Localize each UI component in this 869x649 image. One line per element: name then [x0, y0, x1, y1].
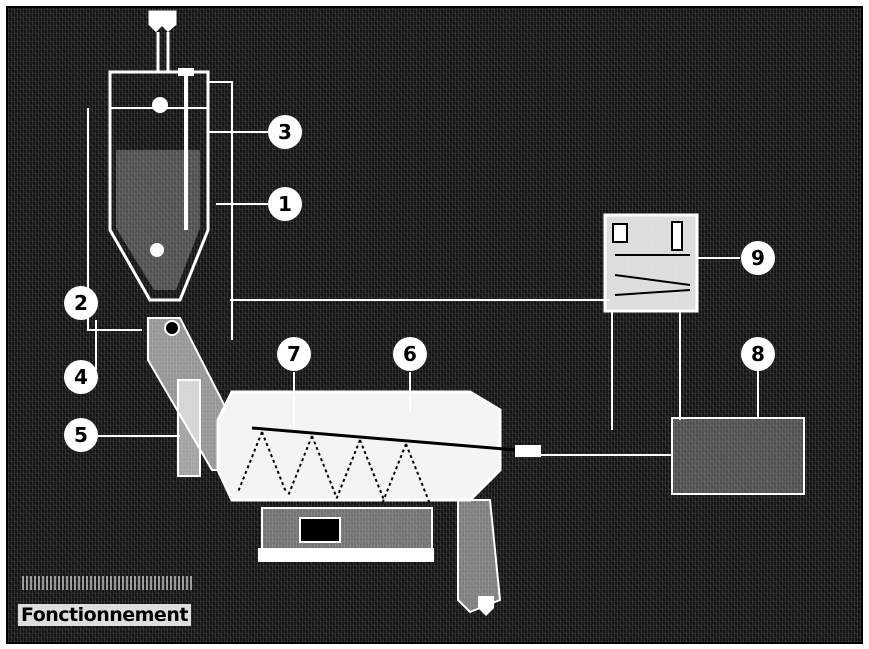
svg-text:6: 6 [403, 342, 417, 366]
callout-1: 1 [268, 187, 302, 221]
svg-text:5: 5 [74, 423, 88, 447]
callout-3: 3 [268, 115, 302, 149]
svg-text:8: 8 [751, 342, 765, 366]
inlet-arrow-icon [150, 12, 175, 30]
callout-8: 8 [741, 337, 775, 371]
callout-4: 4 [64, 360, 98, 394]
conveyor-drive [262, 508, 432, 552]
diagram-caption: Fonctionnement [18, 604, 191, 626]
process-schematic: 3 1 2 4 5 7 6 9 8 [0, 0, 869, 649]
svg-text:9: 9 [751, 246, 765, 270]
svg-text:3: 3 [278, 120, 292, 144]
svg-text:1: 1 [278, 192, 292, 216]
callout-9: 9 [741, 241, 775, 275]
discharge-tube [178, 380, 200, 476]
callout-6: 6 [393, 337, 427, 371]
callout-2: 2 [64, 286, 98, 320]
callout-7: 7 [277, 337, 311, 371]
lower-level-sensor-icon [150, 243, 164, 257]
upper-level-sensor-icon [152, 97, 168, 113]
illegible-subcaption [22, 576, 192, 590]
svg-text:7: 7 [287, 342, 301, 366]
svg-text:2: 2 [74, 291, 88, 315]
callout-5: 5 [64, 418, 98, 452]
svg-text:4: 4 [74, 365, 88, 389]
supply-unit [672, 418, 804, 494]
outlet-arrow-icon [478, 596, 494, 616]
